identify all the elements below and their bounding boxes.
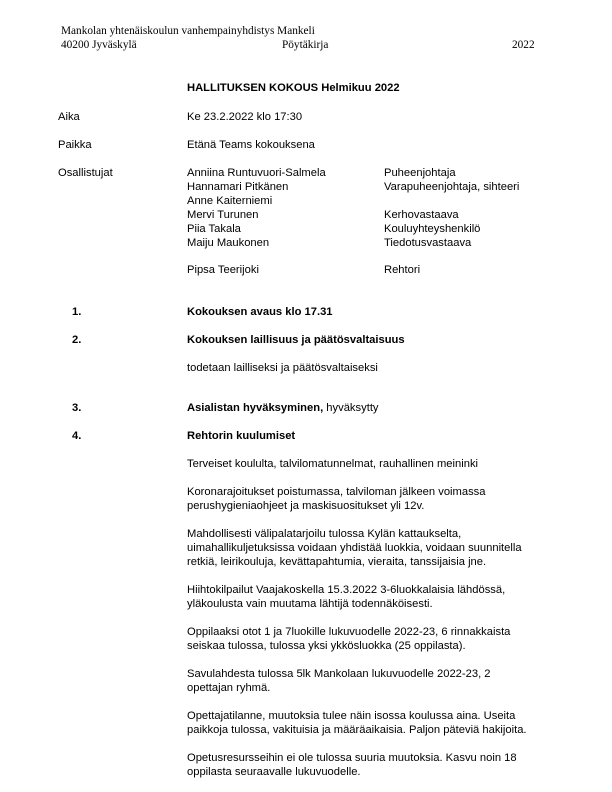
participant-name: Anniina Runtuvuori-Salmela	[187, 166, 326, 180]
participant-roles: Puheenjohtaja Varapuheenjohtaja, sihteer…	[384, 166, 519, 250]
participant-role	[384, 194, 519, 208]
guest-name: Pipsa Teerijoki	[187, 263, 259, 277]
place-label: Paikka	[58, 138, 92, 152]
organization-name: Mankolan yhtenäiskoulun vanhempainyhdist…	[61, 24, 315, 38]
participant-name: Anne Kaiterniemi	[187, 194, 326, 208]
document-year: 2022	[512, 38, 535, 52]
participant-name: Maiju Maukonen	[187, 236, 326, 250]
participant-name: Mervi Turunen	[187, 208, 326, 222]
news-paragraph: Koronarajoitukset poistumassa, talviloma…	[187, 485, 587, 513]
item-title: Kokouksen avaus klo 17.31	[187, 305, 333, 319]
news-paragraph: Savulahdesta tulossa 5lk Mankolaan lukuv…	[187, 667, 587, 695]
news-paragraph: Opettajatilanne, muutoksia tulee näin is…	[187, 709, 587, 737]
item-note: todetaan lailliseksi ja päätösvaltaiseks…	[187, 361, 378, 375]
meeting-title: HALLITUKSEN KOKOUS Helmikuu 2022	[187, 81, 400, 95]
item-title: Kokouksen laillisuus ja päätösvaltaisuus	[187, 333, 405, 347]
time-value: Ke 23.2.2022 klo 17:30	[187, 110, 302, 124]
participants-label: Osallistujat	[58, 166, 113, 180]
participant-role: Kouluyhteyshenkilö	[384, 222, 519, 236]
item-number: 1.	[72, 305, 81, 319]
participant-name: Hannamari Pitkänen	[187, 180, 326, 194]
item-title: Asialistan hyväksyminen,	[187, 402, 323, 414]
item-title: Rehtorin kuulumiset	[187, 429, 295, 443]
news-paragraph: Oppilaaksi otot 1 ja 7luokille lukuvuode…	[187, 625, 587, 653]
participant-role: Tiedotusvastaava	[384, 236, 519, 250]
participant-name: Piia Takala	[187, 222, 326, 236]
participant-role: Varapuheenjohtaja, sihteeri	[384, 180, 519, 194]
participant-role: Puheenjohtaja	[384, 166, 519, 180]
news-paragraph: Mahdollisesti välipalatarjoilu tulossa K…	[187, 527, 587, 569]
item-number: 4.	[72, 429, 81, 443]
document-type: Pöytäkirja	[282, 38, 328, 52]
item-suffix: hyväksytty	[323, 402, 378, 414]
item-heading: Asialistan hyväksyminen, hyväksytty	[187, 401, 379, 415]
item-number: 2.	[72, 333, 81, 347]
participant-role: Kerhovastaava	[384, 208, 519, 222]
time-label: Aika	[58, 110, 80, 124]
news-paragraph: Opetusresursseihin ei ole tulossa suuria…	[187, 751, 587, 779]
item-number: 3.	[72, 401, 81, 415]
postal-address: 40200 Jyväskylä	[61, 38, 137, 52]
news-paragraph: Terveiset koululta, talvilomatunnelmat, …	[187, 457, 587, 471]
place-value: Etänä Teams kokouksena	[187, 138, 315, 152]
participant-names: Anniina Runtuvuori-Salmela Hannamari Pit…	[187, 166, 326, 250]
guest-role: Rehtori	[384, 263, 420, 277]
news-paragraph: Hiihtokilpailut Vaajakoskella 15.3.2022 …	[187, 583, 587, 611]
